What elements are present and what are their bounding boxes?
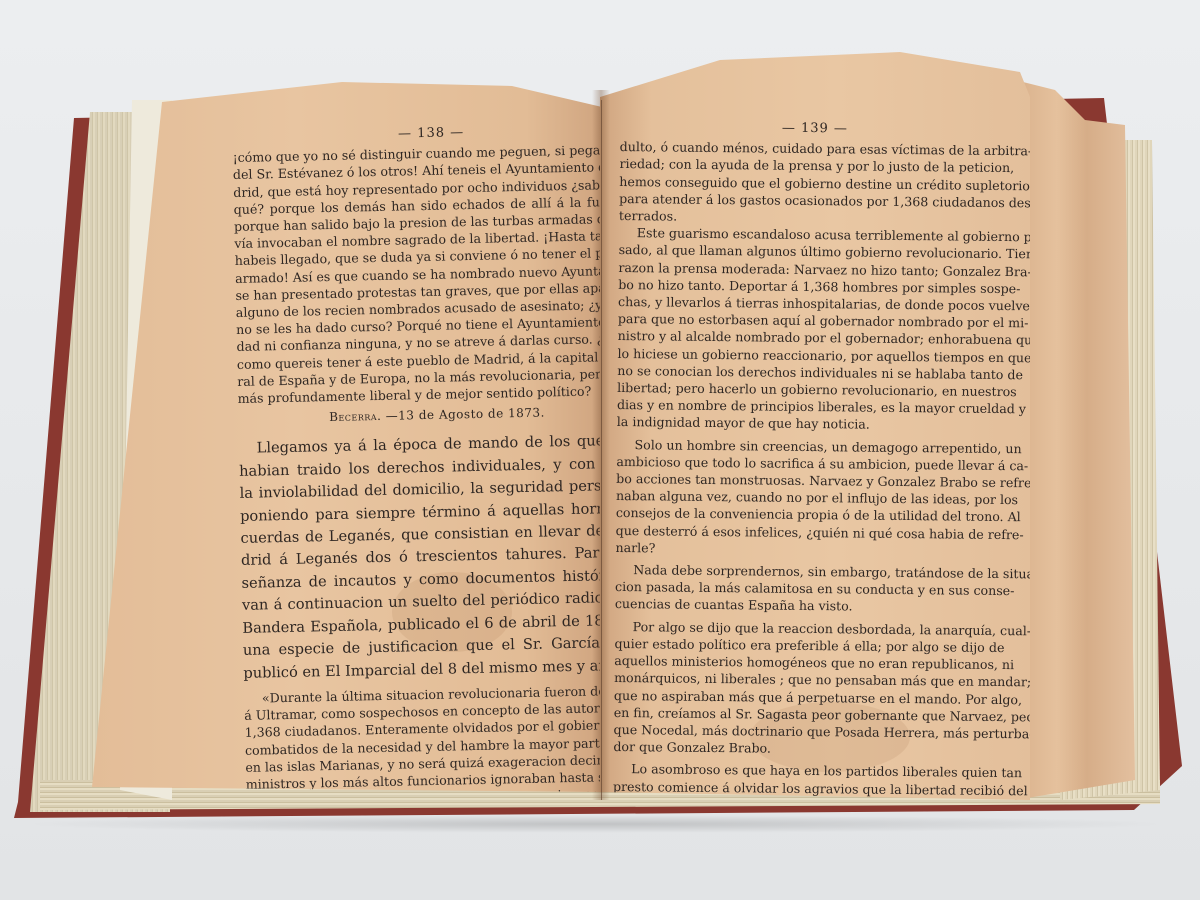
left-paragraph-2: Llegamos ya á la época de mando de los q…: [238, 430, 602, 685]
gutter-fold-line: [601, 100, 602, 800]
right-page: — 139 — dulto, ó cuando ménos, cuidado p…: [600, 52, 1030, 800]
right-paragraph-5: Por algo se dijo que la reaccion desbord…: [613, 618, 1004, 760]
book-photo: — 138 — ¡cómo que yo no sé distinguir cu…: [0, 0, 1200, 900]
right-paragraph-1: dulto, ó cuando ménos, cuidado para esas…: [619, 138, 1010, 228]
signature-date: —13 de Agosto de 1873.: [386, 406, 545, 423]
left-paragraph-3: «Durante la última situacion revoluciona…: [244, 681, 602, 792]
right-curled-pages: [1015, 80, 1135, 800]
right-paragraph-4: Nada debe sorprendernos, sin embargo, tr…: [615, 561, 1006, 617]
page-number-139: — 139 —: [620, 118, 1010, 139]
quote-signature: Becerra. —13 de Agosto de 1873.: [238, 403, 602, 429]
right-paragraph-3: Solo un hombre sin creencias, un demagog…: [615, 436, 1006, 560]
signature-name: Becerra.: [329, 409, 382, 424]
right-paragraph-2: Este guarismo escandaloso acusa terrible…: [617, 224, 1009, 435]
right-page-text: — 139 — dulto, ó cuando ménos, cuidado p…: [613, 118, 1010, 800]
left-paragraph-1: ¡cómo que yo no sé distinguir cuando me …: [232, 141, 602, 407]
left-page-text: — 138 — ¡cómo que yo no sé distinguir cu…: [232, 121, 602, 792]
left-page: — 138 — ¡cómo que yo no sé distinguir cu…: [92, 72, 602, 792]
book-shadow: [20, 815, 1170, 833]
